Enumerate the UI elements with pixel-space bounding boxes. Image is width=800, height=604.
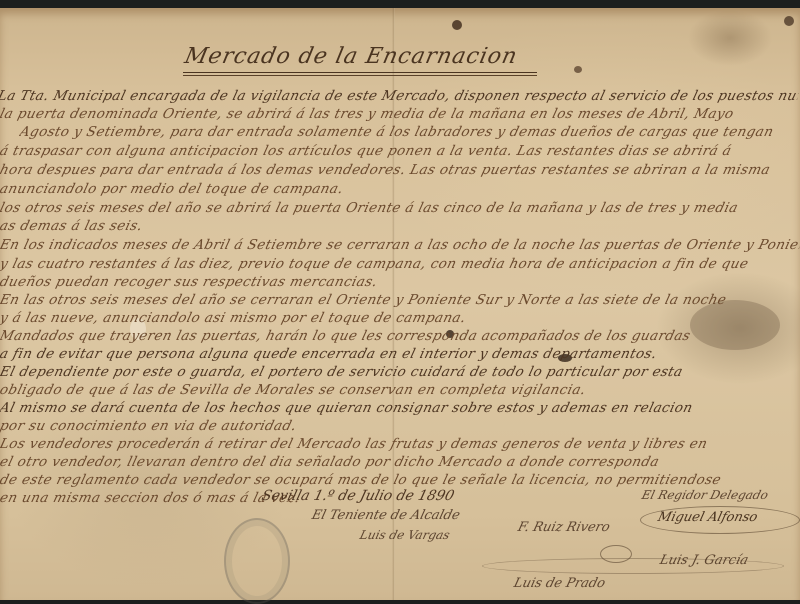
body-line: as demas á las seis. [0, 218, 800, 234]
body-line: por su conocimiento en via de autoridad. [0, 418, 800, 434]
body-line: Al mismo se dará cuenta de los hechos qu… [0, 400, 800, 416]
body-line: dueños puedan recoger sus respectivas me… [0, 274, 800, 290]
ink-blot [574, 66, 582, 73]
ink-blot [784, 16, 794, 26]
body-line: El dependiente por este o guarda, el por… [0, 364, 800, 380]
document-title: Mercado de la Encarnacion [182, 44, 520, 69]
signature-flourish [482, 558, 784, 574]
body-line: Los vendedores procederán á retirar del … [0, 436, 800, 452]
signature: F. Ruiz Rivero [516, 520, 611, 535]
body-line: de este reglamento cada vendedor se ocup… [0, 472, 800, 488]
title-underline [183, 72, 537, 76]
authority-title: El Teniente de Alcalde [310, 508, 461, 523]
body-line: los otros seis meses del año se abrirá l… [0, 200, 800, 216]
signature-role: El Regidor Delegado [640, 488, 769, 502]
body-line: La Tta. Municipal encargada de la vigila… [0, 88, 800, 104]
official-seal-stamp [224, 518, 290, 600]
body-line: anunciandolo por medio del toque de camp… [0, 181, 800, 197]
body-line: obligado de que á las de Sevilla de Mora… [0, 382, 800, 398]
signature-flourish [640, 506, 800, 534]
body-line: Mandados que trayeren las puertas, harán… [0, 328, 800, 344]
body-line: En los indicados meses de Abril á Setiem… [0, 237, 800, 253]
body-line: y las cuatro restantes á las diez, previ… [0, 256, 800, 272]
authority-name: Luis de Vargas [358, 528, 451, 542]
body-line: hora despues para dar entrada á los dema… [0, 162, 800, 178]
body-line: la puerta denominada Oriente, se abrirá … [0, 106, 800, 122]
signature: Luis de Prado [512, 576, 607, 591]
body-line: el otro vendedor, llevaran dentro del di… [0, 454, 800, 470]
body-line: a fin de evitar que persona alguna quede… [0, 346, 800, 362]
ink-blot [452, 20, 462, 30]
body-line: En las otros seis meses del año se cerra… [0, 292, 800, 308]
body-line: y á las nueve, anunciandolo asi mismo po… [0, 310, 800, 326]
body-line: á traspasar con alguna anticipacion los … [0, 143, 800, 159]
body-line: Agosto y Setiembre, para dar entrada sol… [18, 124, 800, 140]
place-date: Sevilla 1.º de Julio de 1890 [260, 488, 456, 504]
